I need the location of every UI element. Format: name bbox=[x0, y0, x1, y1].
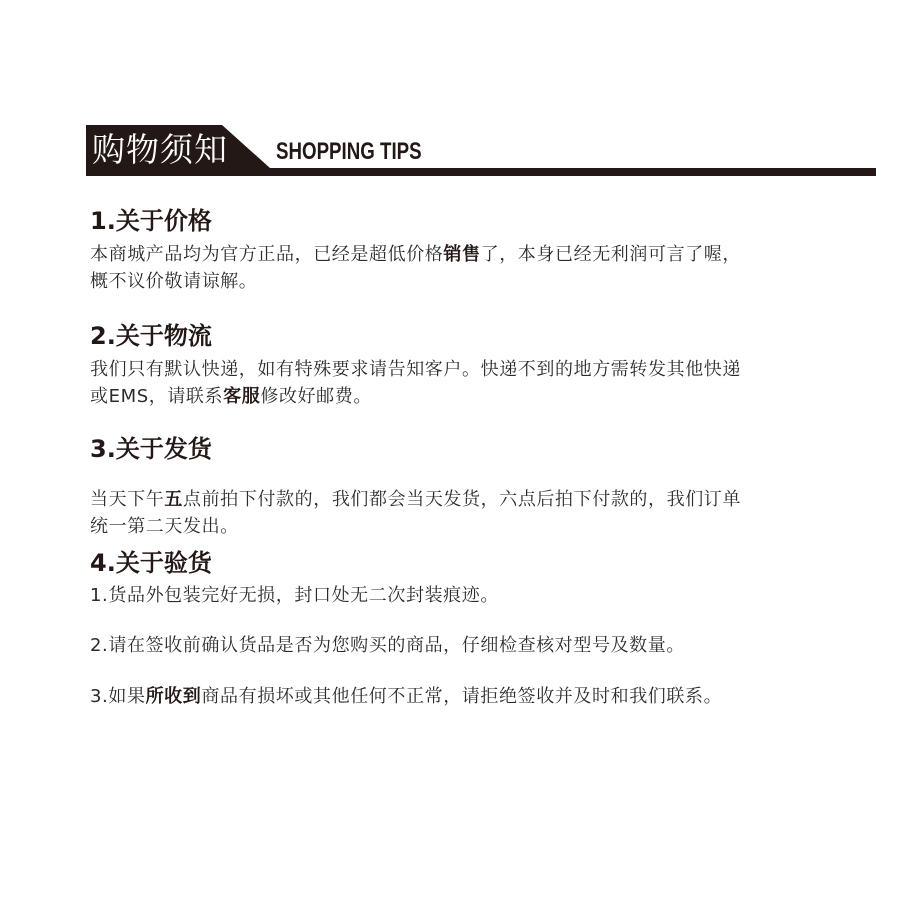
text: 商品有损坏或其他任何不正常，请拒绝签收并及时和我们联系。 bbox=[201, 686, 722, 707]
shopping-tips-header: 购物须知 SHOPPING TIPS bbox=[86, 125, 876, 177]
text: 本商城产品均为官方正品，已经是超低价格 bbox=[90, 244, 443, 265]
text: 概不议价敬请谅解。 bbox=[90, 271, 257, 292]
body-line: 统一第二天发出。 bbox=[90, 513, 830, 540]
section-title-inspection: 4.关于验货 bbox=[90, 548, 212, 578]
text: 当天下午 bbox=[90, 489, 164, 510]
section-title-shipping: 3.关于发货 bbox=[90, 434, 212, 464]
emphasis-text: 五 bbox=[164, 489, 183, 510]
header-title-cn: 购物须知 bbox=[92, 129, 228, 171]
body-line: 概不议价敬请谅解。 bbox=[90, 268, 830, 295]
body-line: 当天下午五点前拍下付款的，我们都会当天发货，六点后拍下付款的，我们订单 bbox=[90, 486, 830, 513]
text: 3.如果 bbox=[90, 686, 146, 707]
inspection-item-1: 1.货品外包装完好无损，封口处无二次封装痕迹。 bbox=[90, 582, 830, 609]
body-line: 我们只有默认快递，如有特殊要求请告知客户。快递不到的地方需转发其他快递 bbox=[90, 356, 830, 383]
text: 2.请在签收前确认货品是否为您购买的商品，仔细检查核对型号及数量。 bbox=[90, 635, 685, 656]
section-title-logistics: 2.关于物流 bbox=[90, 321, 212, 351]
emphasis-text: 销售 bbox=[443, 244, 480, 265]
text: 1.货品外包装完好无损，封口处无二次封装痕迹。 bbox=[90, 585, 499, 606]
emphasis-text: 所收到 bbox=[146, 686, 202, 707]
header-title-en: SHOPPING TIPS bbox=[276, 137, 422, 167]
body-line: 本商城产品均为官方正品，已经是超低价格销售了，本身已经无利润可言了喔， bbox=[90, 241, 830, 268]
section-body-logistics: 我们只有默认快递，如有特殊要求请告知客户。快递不到的地方需转发其他快递 或EMS… bbox=[90, 356, 830, 410]
inspection-item-2: 2.请在签收前确认货品是否为您购买的商品，仔细检查核对型号及数量。 bbox=[90, 632, 830, 659]
section-body-shipping: 当天下午五点前拍下付款的，我们都会当天发货，六点后拍下付款的，我们订单 统一第二… bbox=[90, 486, 830, 540]
text: 或EMS，请联系 bbox=[90, 386, 223, 407]
body-line: 或EMS，请联系客服修改好邮费。 bbox=[90, 383, 830, 410]
text: 统一第二天发出。 bbox=[90, 516, 239, 537]
text: 修改好邮费。 bbox=[260, 386, 372, 407]
section-title-price: 1.关于价格 bbox=[90, 206, 212, 236]
inspection-item-3: 3.如果所收到商品有损坏或其他任何不正常，请拒绝签收并及时和我们联系。 bbox=[90, 683, 830, 710]
text: 我们只有默认快递，如有特殊要求请告知客户。快递不到的地方需转发其他快递 bbox=[90, 359, 741, 380]
text: 点前拍下付款的，我们都会当天发货，六点后拍下付款的，我们订单 bbox=[183, 489, 741, 510]
text: 了，本身已经无利润可言了喔， bbox=[481, 244, 741, 265]
section-body-price: 本商城产品均为官方正品，已经是超低价格销售了，本身已经无利润可言了喔， 概不议价… bbox=[90, 241, 830, 295]
emphasis-text: 客服 bbox=[223, 386, 260, 407]
